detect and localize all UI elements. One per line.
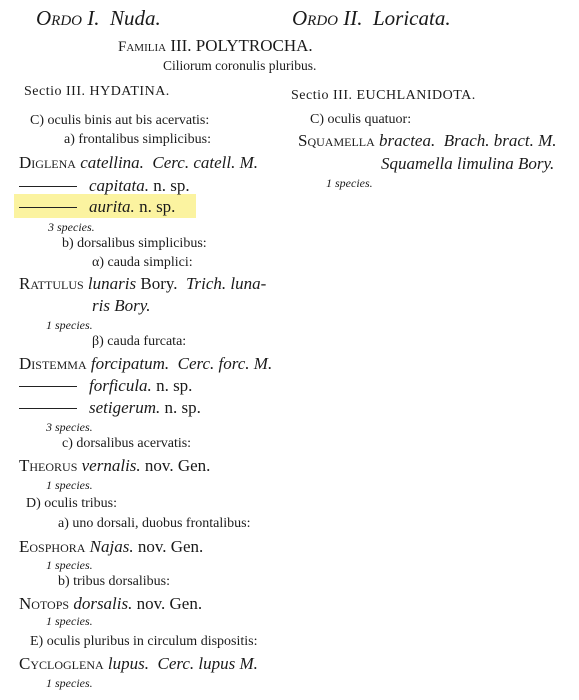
entry-cycloglena: Cycloglena lupus. Cerc. lupus M.	[19, 654, 258, 674]
heading-d: D) oculis tribus:	[26, 496, 117, 512]
ditto-rule	[19, 386, 77, 387]
entry-rattulus-cont: ris Bory.	[92, 296, 151, 316]
ordo-left-heading: Ordo I. Nuda.	[36, 6, 161, 31]
heading-alpha: α) cauda simplici:	[92, 255, 193, 271]
entry-setigerum: setigerum. n. sp.	[19, 398, 201, 418]
entry-theorus: Theorus vernalis. nov. Gen.	[19, 456, 210, 476]
heading-c: C) oculis binis aut bis acervatis:	[30, 113, 209, 129]
ditto-rule	[19, 408, 77, 409]
entry-notops: Notops dorsalis. nov. Gen.	[19, 594, 202, 614]
heading-a-frontalibus: a) frontalibus simplicibus:	[64, 132, 211, 148]
sectio-hydatina: Sectio III. HYDATINA.	[24, 84, 170, 100]
ditto-rule	[19, 186, 77, 187]
entry-aurita: aurita. n. sp.	[19, 197, 175, 217]
entry-diglena: Diglena catellina. Cerc. catell. M.	[19, 153, 258, 173]
heading-b-dorsalibus: b) dorsalibus simplicibus:	[62, 236, 207, 252]
entry-capitata: capitata. n. sp.	[19, 176, 190, 196]
heading-d-b: b) tribus dorsalibus:	[58, 574, 170, 590]
heading-e: E) oculis pluribus in circulum dispositi…	[30, 634, 258, 650]
species-count: 3 species.	[46, 420, 93, 435]
entry-distemma: Distemma forcipatum. Cerc. forc. M.	[19, 354, 272, 374]
entry-rattulus: Rattulus lunaris Bory. Trich. luna-	[19, 274, 266, 294]
species-count: 1 species.	[46, 676, 93, 691]
heading-c-quatuor: C) oculis quatuor:	[310, 112, 411, 128]
entry-squamella: Squamella bractea. Brach. bract. M.	[298, 131, 557, 151]
species-count: 1 species.	[326, 176, 373, 191]
familia-heading: Familia III. POLYTROCHA.	[118, 36, 313, 56]
heading-beta: β) cauda furcata:	[92, 334, 186, 350]
familia-subtitle: Ciliorum coronulis pluribus.	[163, 58, 316, 74]
species-count: 1 species.	[46, 318, 93, 333]
species-count: 1 species.	[46, 478, 93, 493]
sectio-euchlanidota: Sectio III. EUCHLANIDOTA.	[291, 88, 476, 104]
ordo-right-heading: Ordo II. Loricata.	[292, 6, 451, 31]
entry-forficula: forficula. n. sp.	[19, 376, 192, 396]
ditto-rule	[19, 207, 77, 208]
species-count: 1 species.	[46, 614, 93, 629]
entry-squamella-synonym: Squamella limulina Bory.	[381, 154, 554, 174]
heading-c-acervatis: c) dorsalibus acervatis:	[62, 436, 191, 452]
species-count: 3 species.	[48, 220, 95, 235]
heading-d-a: a) uno dorsali, duobus frontalibus:	[58, 516, 250, 532]
entry-eosphora: Eosphora Najas. nov. Gen.	[19, 537, 203, 557]
species-count: 1 species.	[46, 558, 93, 573]
